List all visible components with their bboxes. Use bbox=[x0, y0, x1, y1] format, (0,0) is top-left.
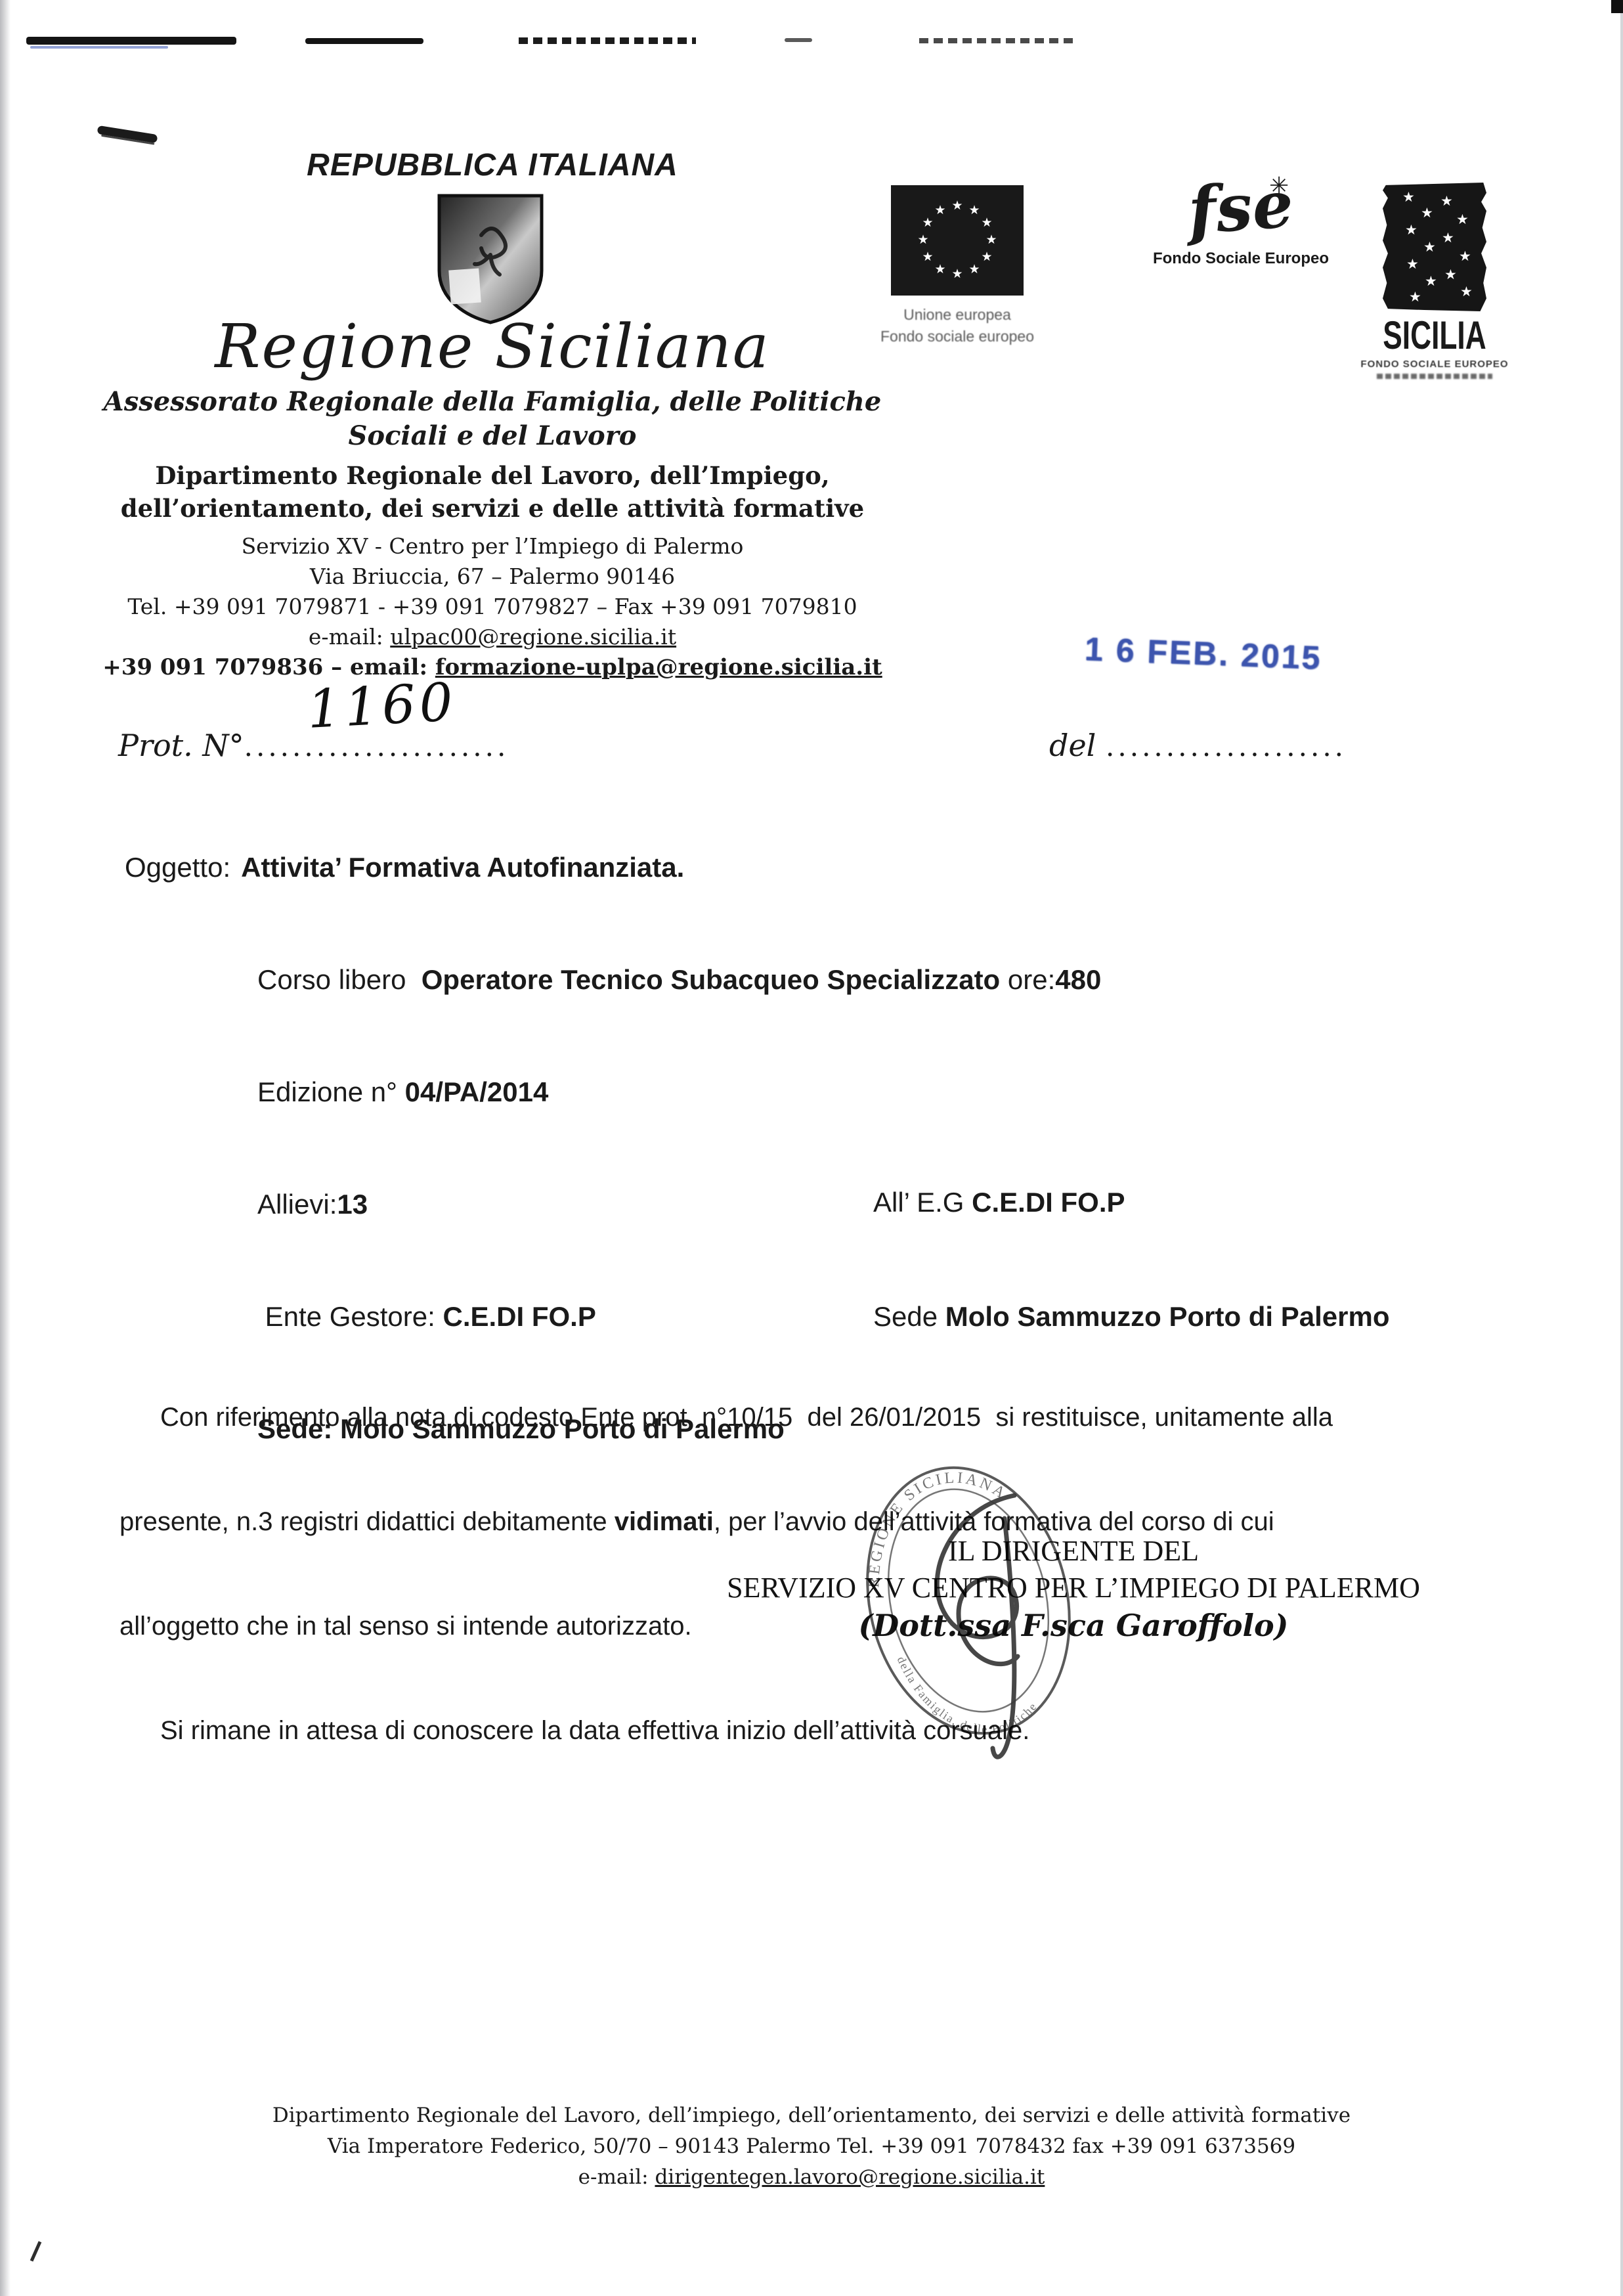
dipartimento-line: Dipartimento Regionale del Lavoro, dell’… bbox=[0, 461, 985, 490]
dipartimento-line: dell’orientamento, dei servizi e delle a… bbox=[0, 494, 985, 523]
body-line: Con riferimento alla nota di codesto Ent… bbox=[119, 1400, 1557, 1435]
svg-text:★: ★ bbox=[951, 267, 963, 281]
hours-value: 480 bbox=[1055, 964, 1101, 995]
handwritten-protocol-number: 1160 bbox=[306, 671, 458, 740]
recipient-venue: Molo Sammuzzo Porto di Palermo bbox=[945, 1301, 1390, 1332]
svg-text:★: ★ bbox=[981, 250, 992, 264]
assessorato-line: Sociali e del Lavoro bbox=[0, 420, 985, 451]
prot-label: Prot. N° bbox=[118, 728, 244, 763]
pen-mark bbox=[30, 2241, 42, 2261]
scan-streak bbox=[919, 38, 1077, 43]
svg-text:★: ★ bbox=[968, 203, 980, 217]
email-link: dirigentegen.lavoro@regione.sicilia.it bbox=[655, 2165, 1045, 2189]
edition-value: 04/PA/2014 bbox=[405, 1076, 549, 1107]
manager-value: C.E.DI FO.P bbox=[443, 1301, 595, 1332]
del-label: del bbox=[1049, 728, 1106, 763]
svg-text:★: ★ bbox=[922, 250, 933, 264]
svg-text:★: ★ bbox=[951, 198, 963, 213]
svg-text:★: ★ bbox=[981, 215, 992, 230]
sicilia-caption: FONDO SOCIALE EUROPEO bbox=[1352, 359, 1517, 370]
email-label: e-mail: bbox=[578, 2165, 655, 2189]
scan-streak bbox=[519, 37, 696, 44]
footer-block: Dipartimento Regionale del Lavoro, dell’… bbox=[0, 2100, 1623, 2193]
email-label: e-mail: bbox=[309, 624, 390, 650]
scan-streak bbox=[305, 38, 423, 44]
students-label: Allievi: bbox=[257, 1189, 337, 1220]
fse-logo: fse ✳ Fondo Sociale Europeo bbox=[1152, 176, 1330, 268]
recipient-name: C.E.DI FO.P bbox=[972, 1187, 1125, 1218]
email-link: ulpac00@regione.sicilia.it bbox=[390, 624, 676, 650]
servizio-email-line: e-mail: ulpac00@regione.sicilia.it bbox=[0, 624, 985, 650]
manager-label: Ente Gestore: bbox=[257, 1301, 443, 1332]
star-burst-icon: ✳ bbox=[1269, 172, 1289, 200]
svg-text:★: ★ bbox=[985, 232, 997, 247]
edition-label: Edizione n° bbox=[257, 1076, 405, 1107]
servizio-email-line: +39 091 7079836 – email: formazione-uplp… bbox=[0, 654, 985, 680]
dotted-rule: .................... bbox=[1106, 730, 1347, 762]
recipient-venue-label: Sede bbox=[873, 1301, 945, 1332]
servizio-line: Tel. +39 091 7079871 - +39 091 7079827 –… bbox=[0, 594, 985, 619]
svg-text:★: ★ bbox=[917, 232, 928, 247]
scanner-edge-shadow bbox=[1620, 0, 1623, 2296]
svg-text:★: ★ bbox=[934, 262, 945, 276]
scan-streak bbox=[30, 46, 168, 49]
eu-caption-line: Unione europea bbox=[859, 304, 1056, 326]
sicilia-wordmark: SICILIA bbox=[1368, 313, 1502, 358]
assessorato-line: Assessorato Regionale della Famiglia, de… bbox=[0, 386, 985, 417]
hours-label: ore: bbox=[1000, 964, 1055, 995]
sicily-coat-of-arms bbox=[435, 192, 546, 326]
svg-text:★: ★ bbox=[968, 262, 980, 276]
footer-email-line: e-mail: dirigentegen.lavoro@regione.sici… bbox=[0, 2162, 1623, 2193]
subject-label: Oggetto: bbox=[125, 852, 230, 883]
eu-flag-logo: ★★★ ★★★ ★★★ ★★★ Unione europea Fondo soc… bbox=[859, 185, 1056, 347]
scan-streak bbox=[785, 38, 812, 42]
pen-mark bbox=[97, 125, 158, 143]
footer-line: Via Imperatore Federico, 50/70 – 90143 P… bbox=[0, 2131, 1623, 2162]
subject-line-course: Corso libero Operatore Tecnico Subacqueo… bbox=[125, 961, 1101, 998]
scan-streak bbox=[26, 37, 236, 45]
date-stamp: 1 6 FEB. 2015 bbox=[1084, 630, 1322, 677]
stamp-arc-text: REGIONE SICILIANA bbox=[842, 1459, 1026, 1592]
region-title: Regione Siciliana bbox=[0, 311, 985, 382]
servizio-line: Via Briuccia, 67 – Palermo 90146 bbox=[0, 563, 985, 589]
students-value: 13 bbox=[337, 1189, 368, 1220]
svg-text:★: ★ bbox=[922, 215, 933, 230]
course-name: Operatore Tecnico Subacqueo Specializzat… bbox=[422, 964, 1000, 995]
sicilia-flag-icon: ★★ ★★ ★★ ★★ ★★ ★★ ★ bbox=[1383, 183, 1486, 311]
body-text: presente, n.3 registri didattici debitam… bbox=[119, 1507, 615, 1536]
scan-corner-mark bbox=[1611, 0, 1623, 13]
sicilia-caption-blur bbox=[1377, 374, 1492, 379]
date-line: del .................... bbox=[1049, 728, 1347, 763]
recipient-line: All’ E.G C.E.DI FO.P bbox=[873, 1183, 1390, 1222]
republic-title: REPUBBLICA ITALIANA bbox=[0, 147, 985, 183]
svg-text:★: ★ bbox=[934, 203, 945, 217]
round-office-stamp: REGIONE SICILIANA della Famiglia, delle … bbox=[817, 1459, 1146, 1775]
subject-title: Attivita’ Formativa Autofinanziata. bbox=[241, 852, 684, 883]
fse-caption: Fondo Sociale Europeo bbox=[1152, 250, 1330, 268]
footer-line: Dipartimento Regionale del Lavoro, dell’… bbox=[0, 2100, 1623, 2131]
subject-line-title: Oggetto:Attivita’ Formativa Autofinanzia… bbox=[125, 849, 1101, 886]
servizio-line: Servizio XV - Centro per l’Impiego di Pa… bbox=[0, 533, 985, 559]
sicilia-logo: ★★ ★★ ★★ ★★ ★★ ★★ ★ SICILIA FONDO SOCIAL… bbox=[1352, 183, 1517, 379]
svg-text:REGIONE SICILIANA: REGIONE SICILIANA bbox=[842, 1459, 1026, 1592]
recipient-label: All’ E.G bbox=[873, 1187, 972, 1218]
email-link: formazione-uplpa@regione.sicilia.it bbox=[435, 654, 882, 680]
body-emphasis: vidimati bbox=[615, 1507, 714, 1536]
subject-line-edition: Edizione n° 04/PA/2014 bbox=[125, 1073, 1101, 1111]
course-prefix: Corso libero bbox=[257, 964, 422, 995]
eu-caption-line: Fondo sociale europeo bbox=[859, 326, 1056, 347]
eu-flag-icon: ★★★ ★★★ ★★★ ★★★ bbox=[891, 185, 1024, 296]
scanned-letter-page: REPUBBLICA ITALIANA Regione Siciliana As… bbox=[0, 0, 1623, 2296]
